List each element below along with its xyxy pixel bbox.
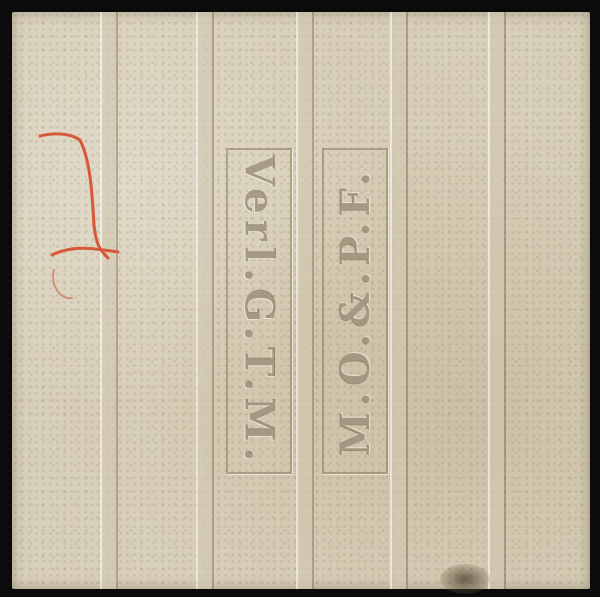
ridge-3	[296, 12, 314, 589]
embossed-panel-right: M.O.&.P.F.	[322, 148, 388, 474]
ridge-4	[390, 12, 408, 589]
tile-back: Verl.G.T.M. M.O.&.P.F.	[12, 12, 590, 589]
ridge-5	[488, 12, 506, 589]
surface-chip	[440, 564, 490, 594]
embossed-panel-left: Verl.G.T.M.	[226, 148, 292, 474]
ridge-2	[196, 12, 214, 589]
crayon-mark-7	[32, 130, 122, 305]
maker-mark-left: Verl.G.T.M.	[236, 155, 283, 467]
maker-mark-right: M.O.&.P.F.	[332, 166, 379, 456]
